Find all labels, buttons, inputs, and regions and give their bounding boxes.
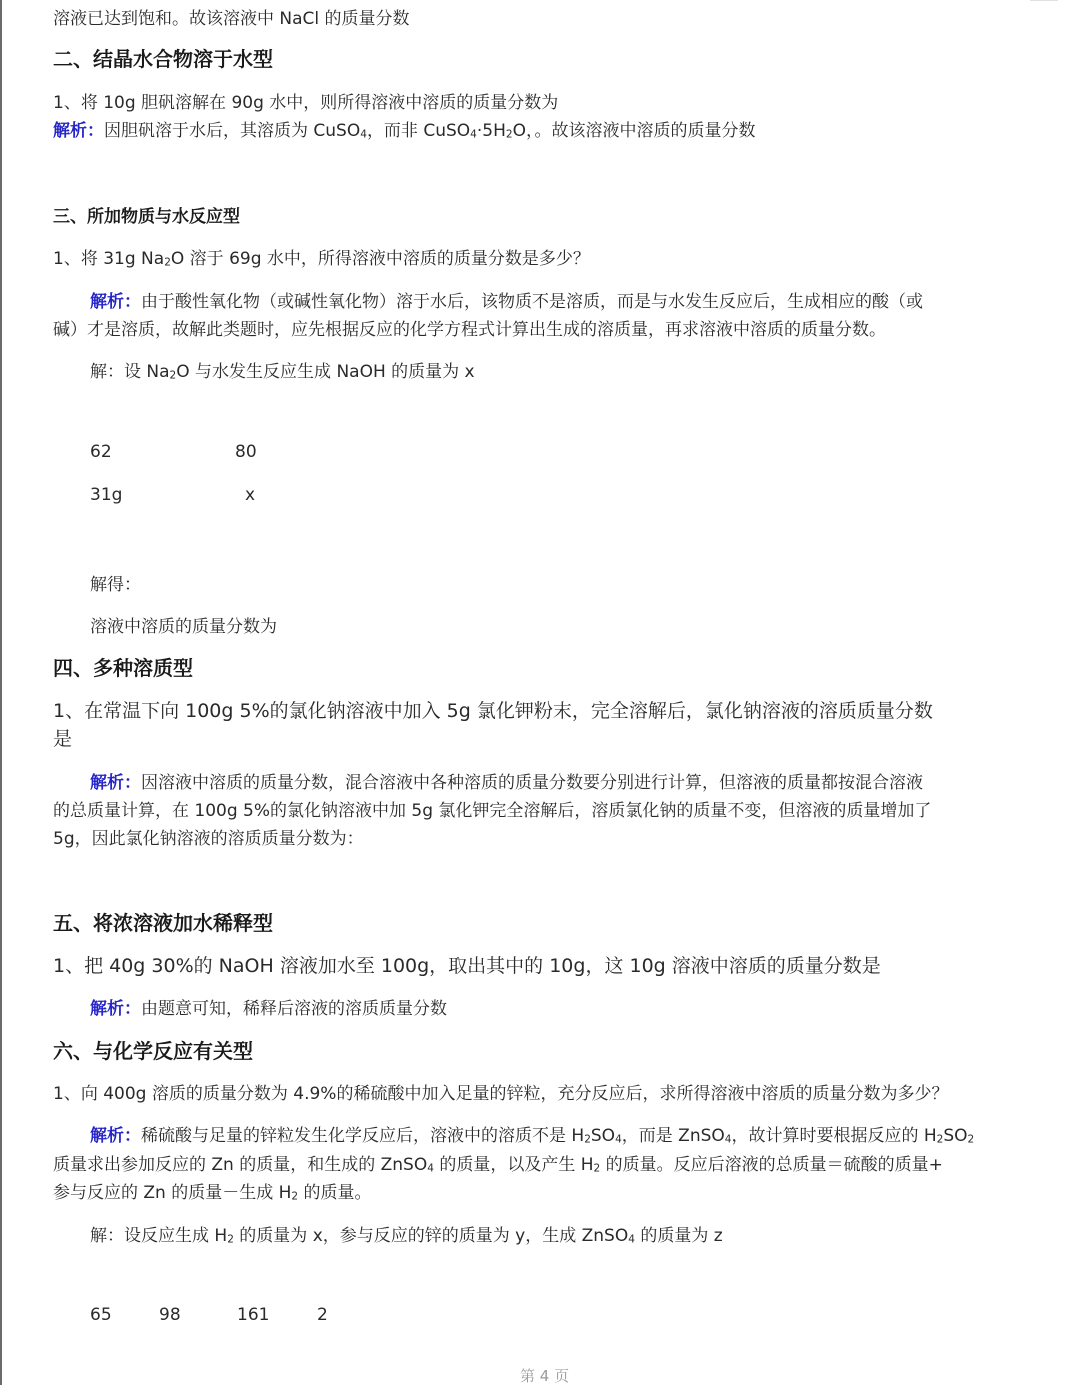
ratio-value: 98 (159, 1305, 181, 1325)
ratio-value: 65 (90, 1305, 112, 1325)
section2-question: 1、将 10g 胆矾溶解在 90g 水中，则所得溶液中溶质的质量分数为 (53, 88, 558, 113)
analysis-label: 解析： (90, 292, 141, 312)
ratio-value: x (245, 485, 255, 505)
section4-analysis-line3: 5g，因此氯化钠溶液的溶质质量分数为： (53, 824, 364, 849)
section3-question: 1、将 31g Na2O 溶于 69g 水中，所得溶液中溶质的质量分数是多少？ (53, 244, 590, 269)
analysis-label: 解析： (90, 1126, 141, 1146)
section5-analysis: 解析：由题意可知，稀释后溶液的溶质质量分数 (90, 994, 447, 1019)
section6-solve: 解：设反应生成 H2 的质量为 x，参与反应的锌的质量为 y，生成 ZnSO4 … (90, 1221, 723, 1246)
analysis-label: 解析： (53, 121, 104, 141)
ratio-value: 31g (90, 485, 122, 505)
section-heading-2: 二、结晶水合物溶于水型 (53, 43, 273, 72)
section4-question-line1: 1、在常温下向 100g 5%的氯化钠溶液中加入 5g 氯化钾粉末，完全溶解后，… (53, 696, 933, 723)
section6-analysis-line1: 解析：稀硫酸与足量的锌粒发生化学反应后，溶液中的溶质不是 H2SO4，而是 Zn… (90, 1121, 974, 1146)
analysis-label: 解析： (90, 773, 141, 793)
continuation-text: 溶液已达到饱和。故该溶液中 NaCl 的质量分数 (53, 4, 410, 29)
section6-question: 1、向 400g 溶质的质量分数为 4.9%的稀硫酸中加入足量的锌粒，充分反应后… (53, 1079, 948, 1104)
section4-question-line2: 是 (53, 724, 72, 751)
section4-analysis-line2: 的总质量计算，在 100g 5%的氯化钠溶液中加 5g 氯化钾完全溶解后，溶质氯… (53, 796, 931, 821)
result-label: 解得： (90, 570, 141, 595)
section-heading-4: 四、多种溶质型 (53, 652, 193, 681)
page-number-footer: 第 4 页 (520, 1365, 569, 1385)
section6-analysis-line3: 参与反应的 Zn 的质量－生成 H2 的质量。 (53, 1178, 372, 1203)
section2-analysis: 解析：因胆矾溶于水后，其溶质为 CuSO4，而非 CuSO4·5H2O，。故该溶… (53, 116, 755, 141)
top-edge-shade (1030, 0, 1058, 1)
section3-solve: 解：设 Na2O 与水发生反应生成 NaOH 的质量为 x (90, 357, 475, 382)
section3-analysis-line2: 碱）才是溶质，故解此类题时，应先根据反应的化学方程式计算出生成的溶质量，再求溶液… (53, 315, 886, 340)
section6-analysis-line2: 质量求出参加反应的 Zn 的质量，和生成的 ZnSO4 的质量，以及产生 H2 … (53, 1150, 943, 1175)
section-heading-6: 六、与化学反应有关型 (53, 1035, 253, 1064)
analysis-label: 解析： (90, 999, 141, 1019)
ratio-value: 2 (317, 1305, 328, 1325)
page-left-border (0, 0, 2, 1385)
section4-analysis-line1: 解析：因溶液中溶质的质量分数，混合溶液中各种溶质的质量分数要分别进行计算，但溶液… (90, 768, 923, 793)
section5-question: 1、把 40g 30%的 NaOH 溶液加水至 100g，取出其中的 10g，这… (53, 951, 881, 978)
section-heading-3: 三、所加物质与水反应型 (53, 202, 240, 227)
ratio-value: 62 (90, 442, 112, 462)
fraction-label: 溶液中溶质的质量分数为 (90, 612, 277, 637)
ratio-value: 80 (235, 442, 257, 462)
section3-analysis-line1: 解析：由于酸性氧化物（或碱性氧化物）溶于水后，该物质不是溶质，而是与水发生反应后… (90, 287, 923, 312)
section-heading-5: 五、将浓溶液加水稀释型 (53, 907, 273, 936)
ratio-value: 161 (237, 1305, 269, 1325)
